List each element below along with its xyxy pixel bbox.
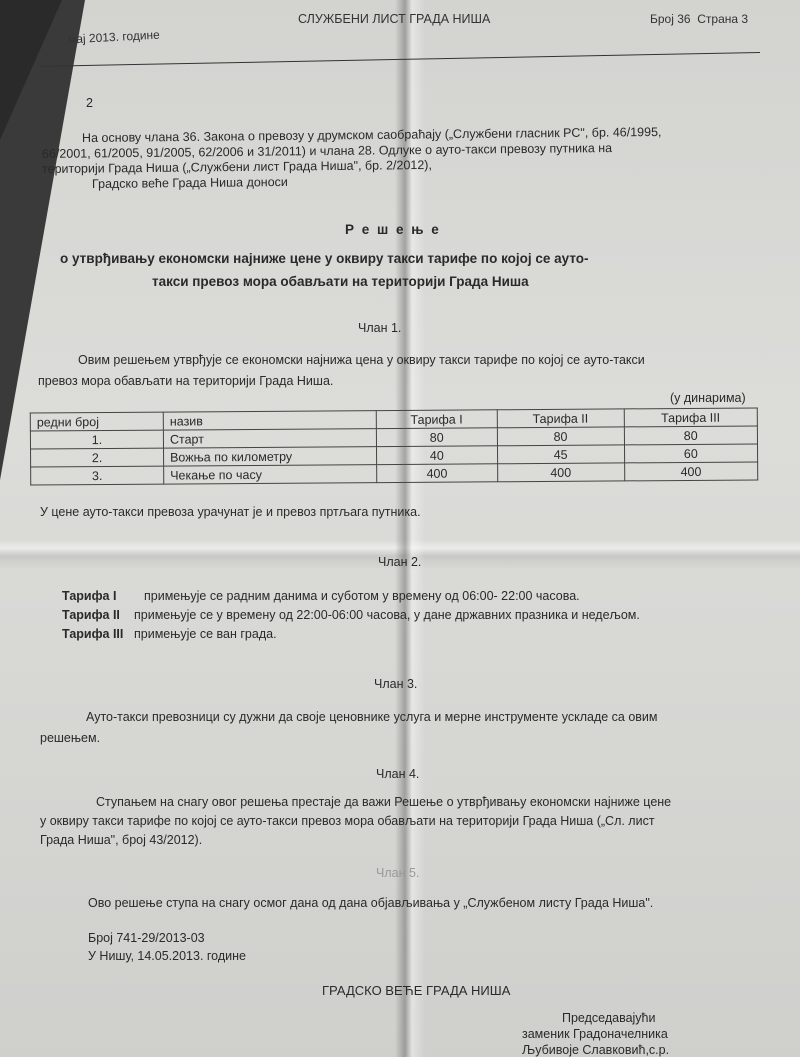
place-date: У Нишу, 14.05.2013. године <box>88 949 246 963</box>
article-2-heading: Члан 2. <box>378 555 421 569</box>
article-1-text-line-2: превоз мора обављати на територији Града… <box>38 374 333 388</box>
table-cell: 400 <box>497 463 624 482</box>
article-3-text-line-2: решењем. <box>40 731 100 745</box>
header-page: Страна 3 <box>697 12 748 26</box>
table-cell: 1. <box>30 430 163 449</box>
article-4-text-line-3: Града Ниша", број 43/2012). <box>40 833 202 847</box>
table-cell: 40 <box>377 446 498 465</box>
table-cell: Старт <box>163 429 376 448</box>
issuer-line: Градско веће Града Ниша доноси <box>92 175 288 191</box>
tariff-label: Тарифа III <box>62 627 134 641</box>
article-3-heading: Члан 3. <box>374 677 417 691</box>
table-cell: 2. <box>31 448 164 467</box>
article-5-text: Ово решење ступа на снагу осмог дана од … <box>88 896 653 910</box>
background-shadow-dark <box>0 0 62 140</box>
document-number: Број 741-29/2013-03 <box>88 931 205 945</box>
table-header: назив <box>163 411 376 430</box>
article-4-heading: Члан 4. <box>376 767 419 781</box>
signature-role: заменик Градоначелника <box>522 1027 668 1041</box>
table-cell: 3. <box>31 466 164 485</box>
tariff-text: примењује се у времену од 22:00-06:00 ча… <box>134 608 640 622</box>
table-note: У цене ауто-такси превоза урачунат је и … <box>40 505 421 519</box>
header-issue: Број 36 <box>650 12 691 26</box>
table-header: Тарифа III <box>624 408 758 427</box>
signature-name: Љубивоје Славковић,с.р. <box>522 1043 669 1057</box>
table-cell: 80 <box>376 428 497 447</box>
table-unit: (у динарима) <box>670 391 746 405</box>
table-header: редни број <box>30 412 163 431</box>
tariff-line-1: Тарифа Iпримењује се радним данима и суб… <box>62 589 580 603</box>
table-cell: 400 <box>624 462 758 481</box>
document-subtitle-line-2: такси превоз мора обављати на територији… <box>152 274 529 289</box>
table-cell: 80 <box>624 426 758 445</box>
tariff-text: примењује се радним данима и суботом у в… <box>144 589 580 603</box>
header-issue-page: Број 36 Страна 3 <box>650 12 748 26</box>
tariff-text: примењује се ван града. <box>134 627 277 641</box>
tariff-label: Тарифа II <box>62 608 134 622</box>
item-number: 2 <box>86 96 93 110</box>
document-subtitle-line-1: о утврђивању економски најниже цене у ок… <box>60 251 589 266</box>
table-header: Тарифа I <box>376 410 497 429</box>
table-cell: Чекање по часу <box>164 465 377 484</box>
table-cell: 400 <box>377 464 498 483</box>
table-cell: Вожња по километру <box>164 447 377 466</box>
table-cell: 45 <box>497 445 624 464</box>
article-1-heading: Члан 1. <box>358 321 401 335</box>
article-4-text-line-2: у оквиру такси тарифе по којој се ауто-т… <box>40 814 655 828</box>
header-publication: СЛУЖБЕНИ ЛИСТ ГРАДА НИША <box>298 12 490 26</box>
table-header: Тарифа II <box>497 409 624 428</box>
tariff-line-2: Тарифа IIпримењује се у времену од 22:00… <box>62 608 640 622</box>
tariff-table: редни број назив Тарифа I Тарифа II Тари… <box>30 407 758 485</box>
tariff-line-3: Тарифа IIIпримењује се ван града. <box>62 627 277 641</box>
tariff-label: Тарифа I <box>62 589 144 603</box>
article-5-heading: Члан 5. <box>376 866 419 880</box>
article-4-text-line-1: Ступањем на снагу овог решења престаје д… <box>96 795 671 809</box>
issuing-body: ГРАДСКО ВЕЋЕ ГРАДА НИША <box>322 983 510 998</box>
article-3-text-line-1: Ауто-такси превозници су дужни да своје … <box>86 710 658 724</box>
document-title: Р е ш е њ е <box>345 222 441 237</box>
article-1-text-line-1: Овим решењем утврђује се економски најни… <box>78 353 645 367</box>
signature-title: Председавајући <box>562 1011 656 1025</box>
table-cell: 60 <box>624 444 758 463</box>
table-cell: 80 <box>497 427 624 446</box>
